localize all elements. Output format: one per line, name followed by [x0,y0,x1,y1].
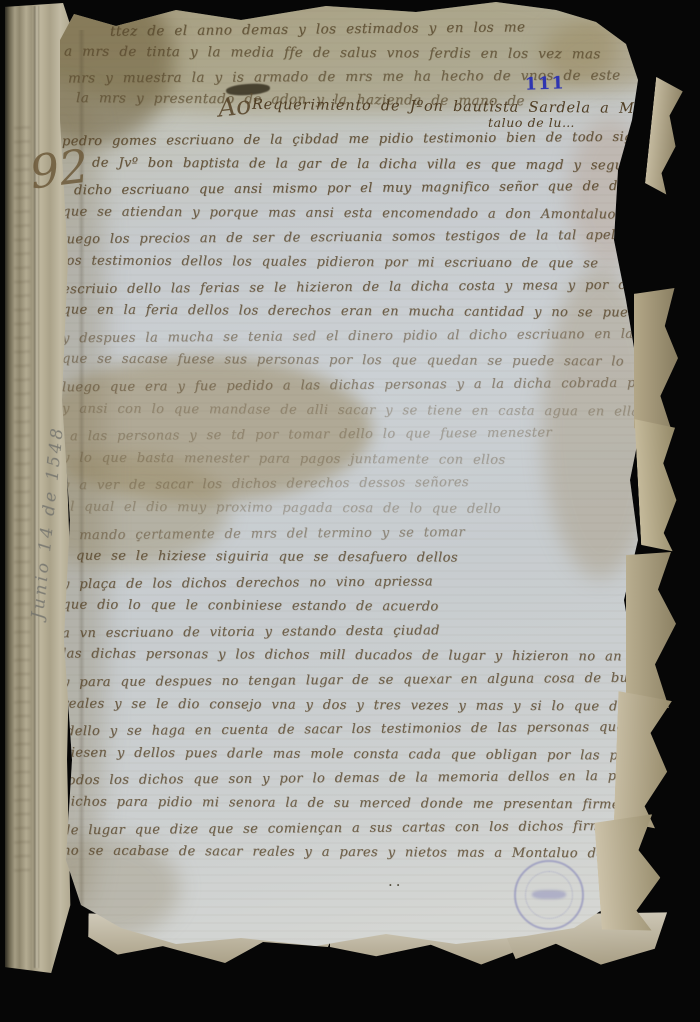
manuscript-line: a mrs de tinta y la media ffe de salus v… [64,40,624,67]
manuscript-line: luego que era y fue pedido a las dichas … [62,372,638,401]
torn-edge-fragment [614,691,675,829]
spine-bleedthrough-marks [14,120,30,880]
manuscript-line: que dio lo que le conbiniese estando de … [62,594,638,622]
manuscript-line: el qual el dio muy proximo pagada cosa d… [62,495,638,523]
manuscript-line: que en la feria dellos los derechos eran… [62,299,638,327]
torn-edge-fragment [634,288,678,434]
entry-heading-line1: Requerimiento de Jºon bautista Sardela a… [252,97,655,117]
entry-body-text: pedro gomes escriuano de la çibdad me pi… [62,128,638,866]
manuscript-line: todos los dichos que son y por lo demas … [62,765,638,794]
manuscript-line: que se sacase fuese sus personas por los… [62,348,638,376]
manuscript-line: y para que despues no tengan lugar de se… [62,667,638,696]
manuscript-line: a las personas y se td por tomar dello l… [70,421,638,450]
manuscript-line: luego los precios an de ser de escriuani… [62,224,638,253]
torn-edge-fragment [644,77,684,195]
manuscript-line: y a ver de sacar los dichos derechos des… [62,470,638,499]
manuscript-line: que se le hiziese siguiria que se desafu… [76,545,638,573]
folio-number-old: 92 [27,139,92,200]
rubric-sign: Ao [217,90,253,122]
manuscript-line: dicho escriuano que ansi mismo por el mu… [74,175,638,204]
torn-edge-fragment [626,552,676,708]
manuscript-line: dello y se haga en cuenta de sacar los t… [66,716,638,745]
folio-number-modern: 111 [525,73,566,94]
manuscript-line: pedro gomes escriuano de la çibdad me pi… [62,126,638,155]
manuscript-photograph: ttez de el anno demas y los estimados y … [0,0,700,1022]
manuscript-line: dichos para pidio mi senora la de su mer… [62,791,638,819]
manuscript-line: ttez de el anno demas y los estimados y … [110,15,624,44]
manuscript-line: los testimonios dellos los quales pidier… [62,249,638,277]
manuscript-page: ttez de el anno demas y los estimados y … [26,0,692,980]
torn-edge-fragment [635,417,682,553]
archive-stamp [514,860,584,930]
ink-dots: .. [388,872,404,890]
